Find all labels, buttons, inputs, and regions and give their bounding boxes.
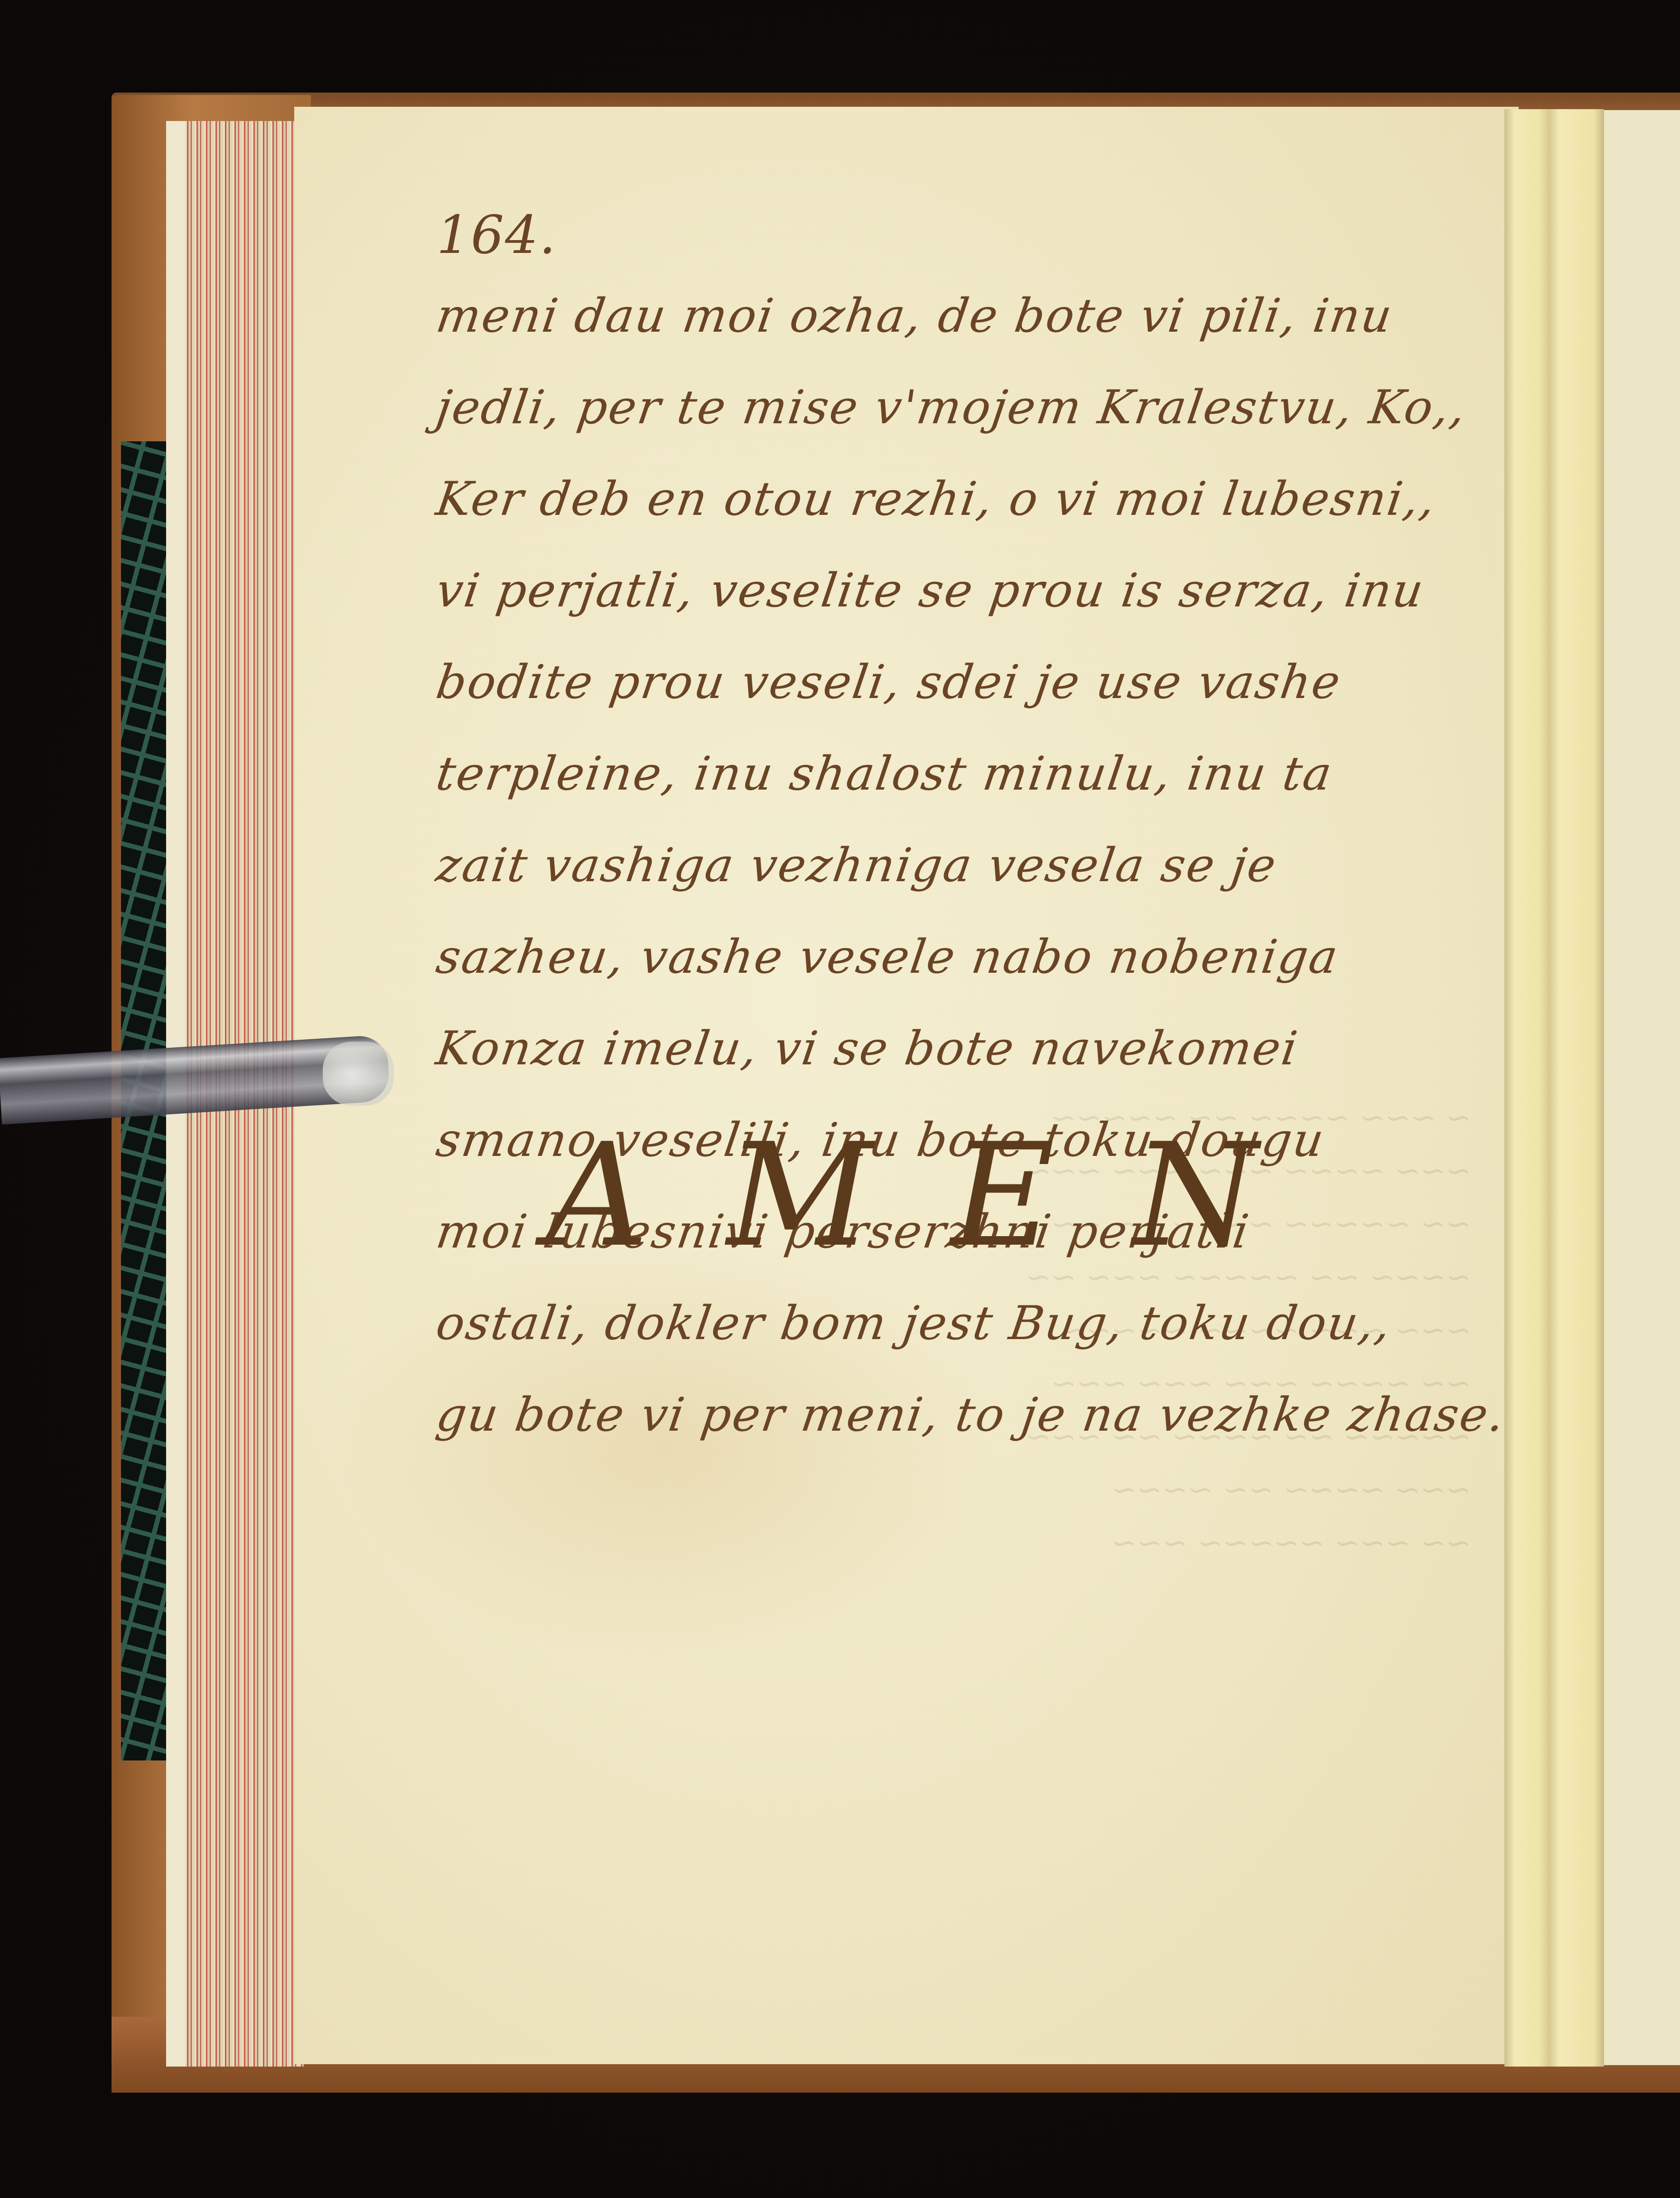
amen-letter-e: E [951, 1101, 1055, 1291]
book-gutter-fold [1504, 109, 1604, 2067]
text-line: terpleine, inu shalost minulu, inu ta [430, 728, 1477, 820]
amen-closing: A M E N [546, 1101, 1258, 1291]
text-line: zait vashiga vezhniga vesela se je [430, 820, 1477, 912]
amen-letter-n: N [1133, 1101, 1258, 1291]
amen-letter-m: M [727, 1101, 873, 1291]
text-line: vi perjatli, veselite se prou is serza, … [430, 545, 1477, 637]
facing-page-edge [1604, 110, 1680, 2065]
text-line: sazheu, vashe vesele nabo nobeniga [430, 912, 1477, 1003]
text-line: Konza imelu, vi se bote navekomei [430, 1003, 1477, 1095]
text-line: bodite prou veseli, sdei je use vashe [430, 637, 1477, 728]
page-number: 164. [437, 199, 1471, 270]
text-line: Ker deb en otou rezhi, o vi moi lubesni,… [430, 454, 1477, 545]
text-line: meni dau moi ozha, de bote vi pili, inu [430, 270, 1477, 362]
text-line: jedli, per te mise v'mojem Kralestvu, Ko… [430, 362, 1477, 454]
text-line: gu bote vi per meni, to je na vezhke zha… [430, 1369, 1477, 1461]
amen-letter-a: A [546, 1101, 649, 1291]
glass-rod-tip [323, 1042, 394, 1106]
text-line: ostali, dokler bom jest Bug, toku dou,, [430, 1278, 1477, 1369]
